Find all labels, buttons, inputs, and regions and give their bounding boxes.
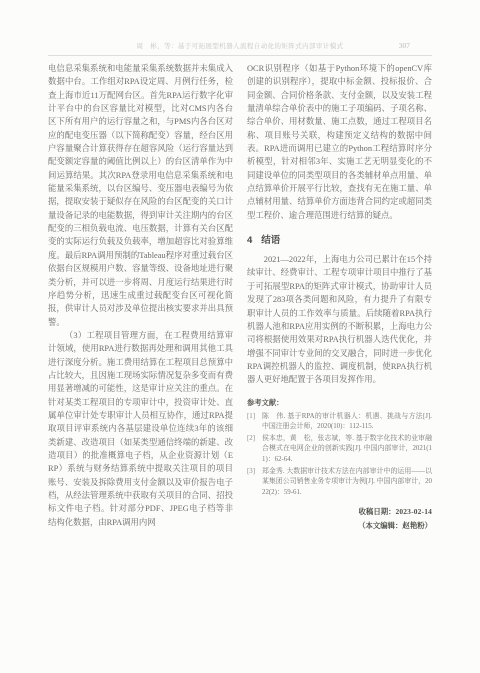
body-paragraph-continued: 电信息采集系统和电能量采集系统数据并未集成入数据中台。工作组对RPA设定周、月例…: [48, 62, 233, 329]
right-column: OCR识别程序（如基于Python环境下的openCV库创建的识别程序），提取中…: [247, 62, 432, 531]
reference-item: [2] 侯本忠，黄 松，张志斌，等. 基于数字化技术的业审融合模式在电网企业的创…: [247, 434, 432, 466]
reference-text: 陈 伟. 基于RPA的审计机器人：机遇、挑战与方法[J]. 中国注册会计师，20…: [262, 412, 432, 433]
left-column: 电信息采集系统和电能量采集系统数据并未集成入数据中台。工作组对RPA设定周、月例…: [48, 62, 233, 531]
editor-note: （本文编辑：赵艳粉）: [247, 520, 432, 531]
reference-label: [3]: [247, 467, 262, 499]
reference-text: 郑金秀. 大数据审计技术方法在内部审计中的运用——以某集团公司销售业务专项审计为…: [262, 467, 432, 499]
received-date-line: 收稿日期：2023-02-14: [247, 506, 432, 517]
two-column-body: 电信息采集系统和电能量采集系统数据并未集成入数据中台。工作组对RPA设定周、月例…: [48, 62, 432, 531]
conclusion-paragraph: 2021—2022年，上海电力公司已累计在15个持续审计、经费审计、工程专项审计…: [247, 253, 432, 386]
reference-label: [2]: [247, 434, 262, 466]
paper-page: 周 彬，等：基于可拓展型机器人流程自动化的矩阵式内部审计模式 307 电信息采集…: [0, 0, 480, 673]
body-paragraph: （3）工程项目管理方面，在工程费用结算审计领域，使用RPA进行数据再处理和调用其…: [48, 329, 233, 529]
body-paragraph-continued: OCR识别程序（如基于Python环境下的openCV库创建的识别程序），提取中…: [247, 62, 432, 222]
section-heading: 4 结语: [247, 232, 432, 246]
references-heading: 参考文献：: [247, 398, 432, 408]
reference-text: 侯本忠，黄 松，张志斌，等. 基于数字化技术的业审融合模式在电网企业的创新实践[…: [262, 434, 432, 466]
section-number: 4: [247, 235, 252, 246]
received-date-label: 收稿日期：: [359, 507, 396, 516]
section-title: 结语: [261, 232, 280, 246]
header-divider: [48, 55, 432, 56]
running-title: 周 彬，等：基于可拓展型机器人流程自动化的矩阵式内部审计模式: [137, 41, 344, 50]
page-header: 周 彬，等：基于可拓展型机器人流程自动化的矩阵式内部审计模式 307: [48, 36, 432, 50]
references-section: 参考文献： [1] 陈 伟. 基于RPA的审计机器人：机遇、挑战与方法[J]. …: [247, 398, 432, 499]
reference-label: [1]: [247, 412, 262, 433]
received-date-value: 2023-02-14: [396, 507, 433, 516]
reference-item: [3] 郑金秀. 大数据审计技术方法在内部审计中的运用——以某集团公司销售业务专…: [247, 467, 432, 499]
reference-item: [1] 陈 伟. 基于RPA的审计机器人：机遇、挑战与方法[J]. 中国注册会计…: [247, 412, 432, 433]
page-number: 307: [399, 41, 410, 50]
